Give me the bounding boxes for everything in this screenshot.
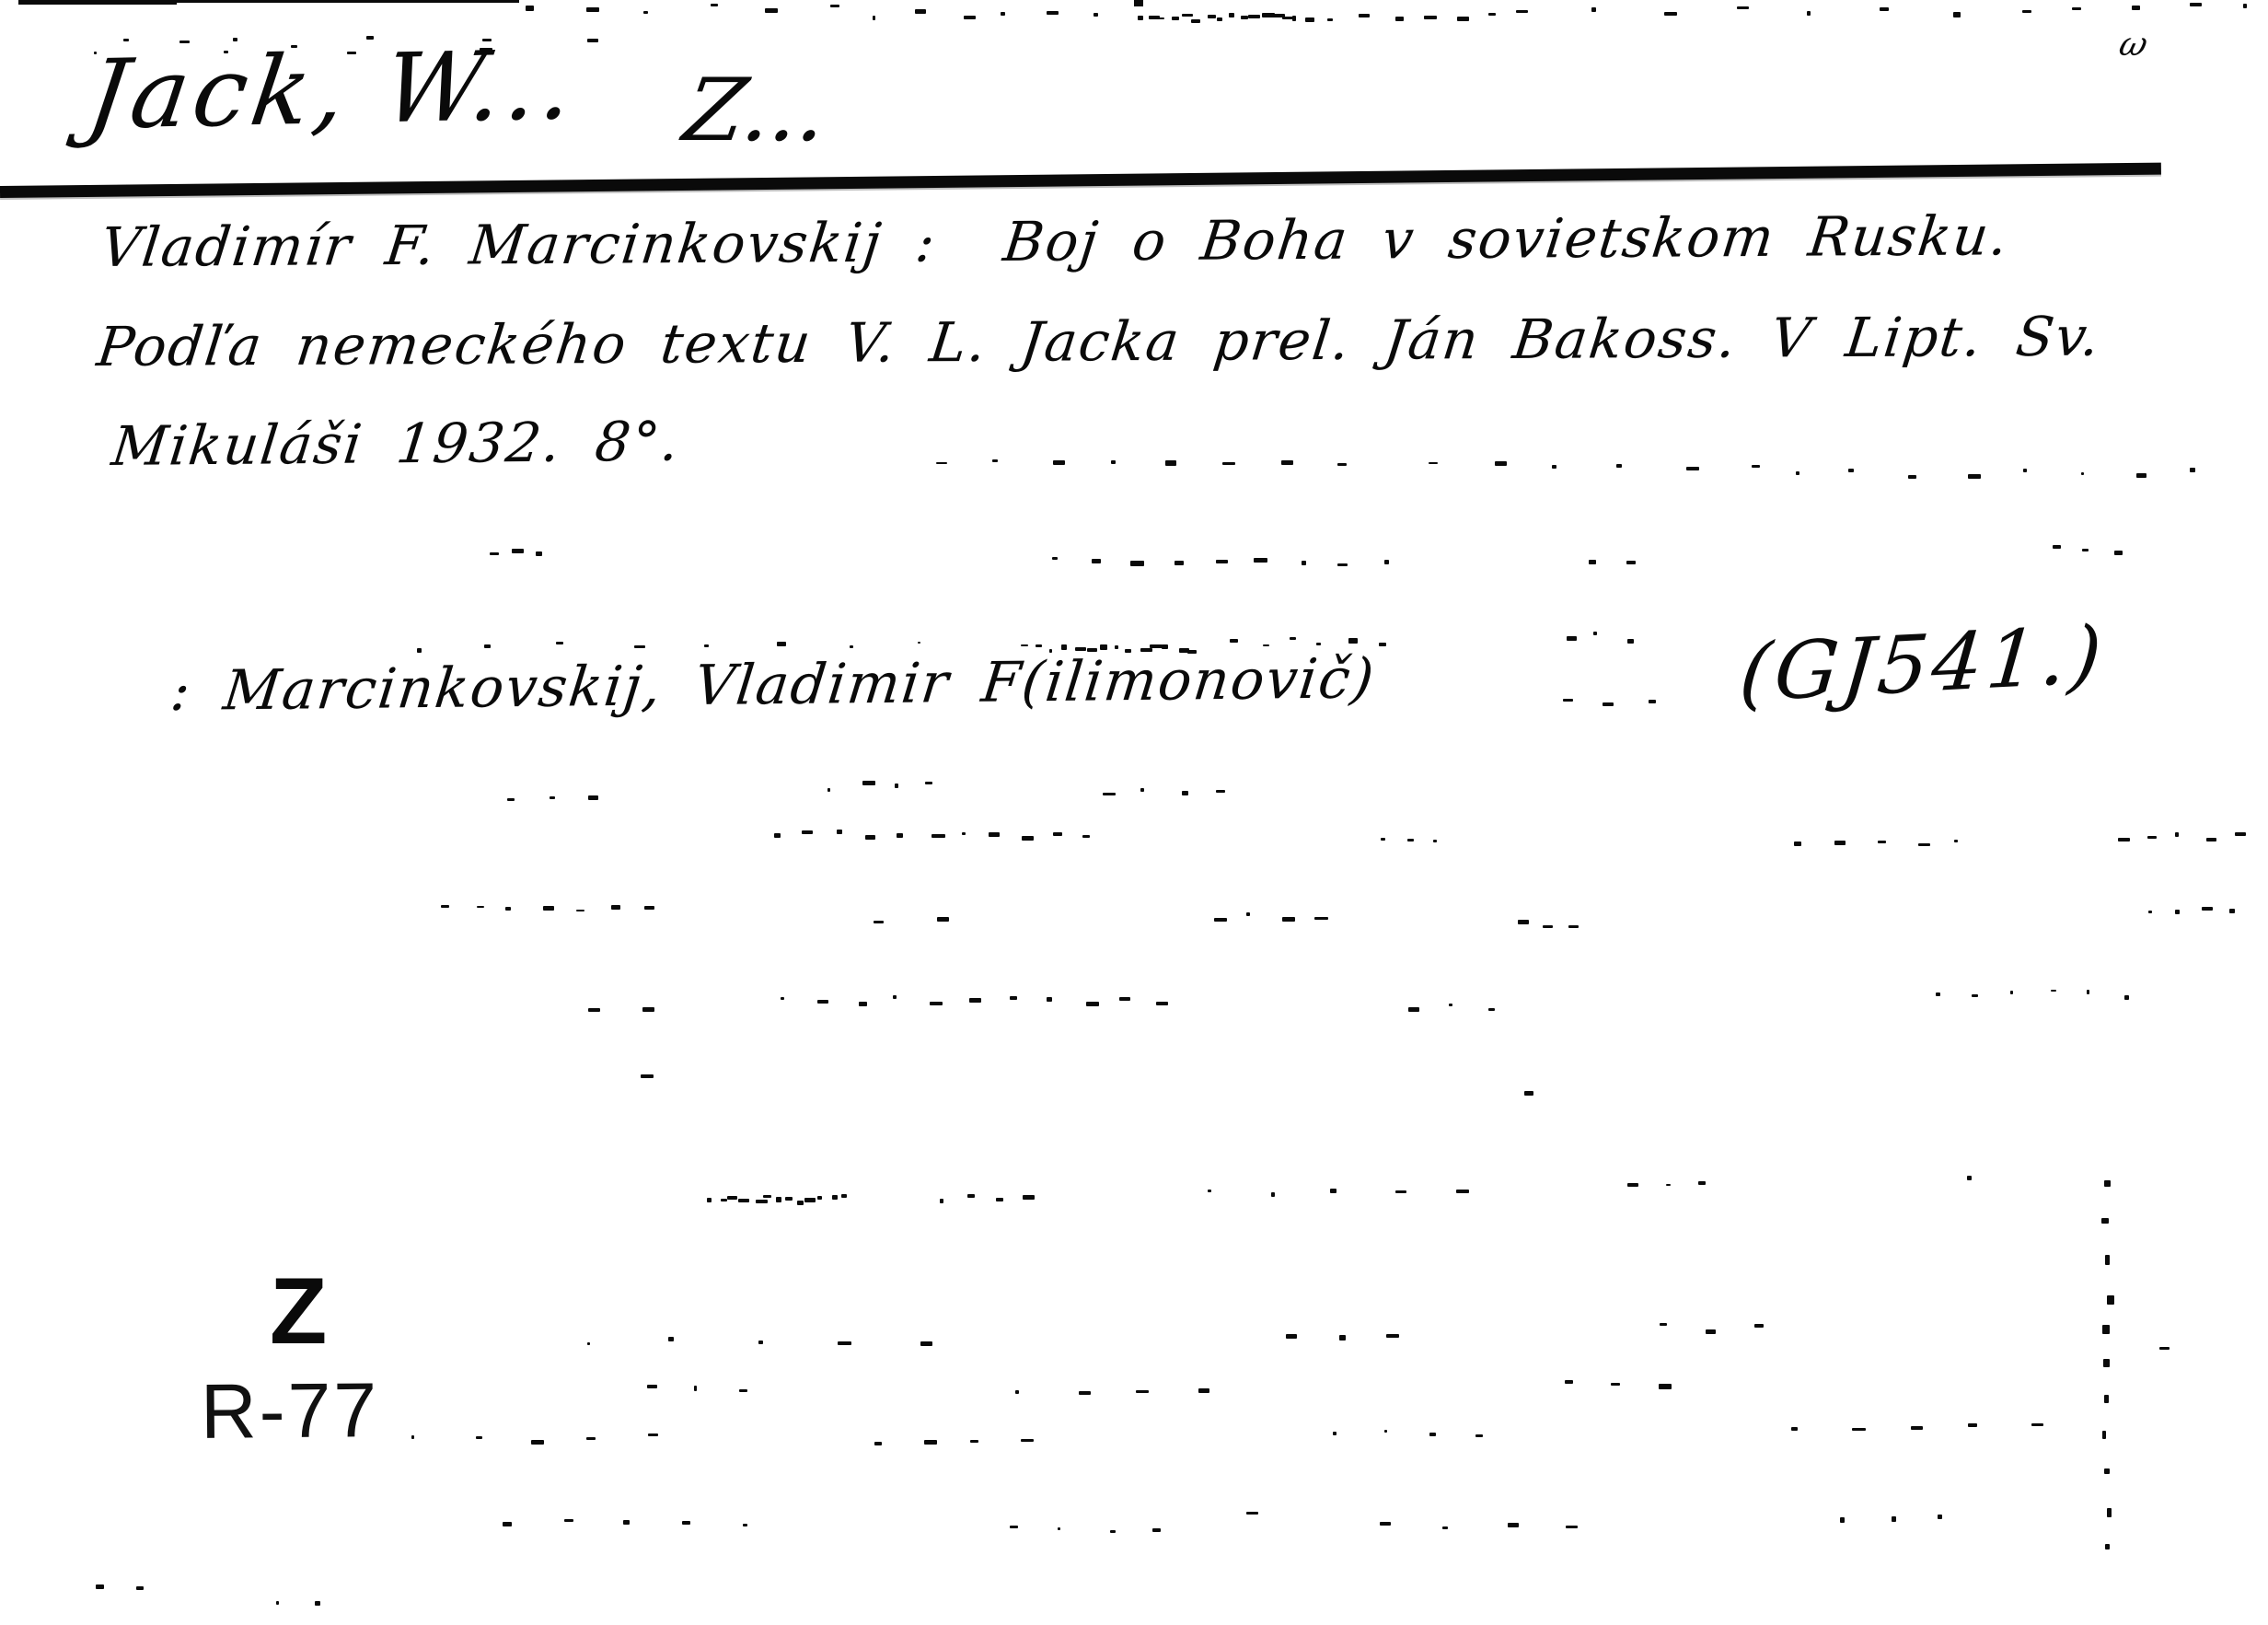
scan-edge-artifact: [1134, 0, 1143, 6]
call-number: R-77: [201, 1365, 380, 1457]
entry-line-2: Podľa nemeckého textu V. L. Jacka prel. …: [94, 305, 2104, 378]
entry-line-1: Vladimír F. Marcinkovskij : Boj o Boha v…: [98, 203, 2013, 279]
header-rule: [0, 163, 2161, 198]
corner-scribble-mark: ω: [2115, 26, 2152, 64]
entry-line-3: Mikuláši 1932. 8°.: [109, 410, 684, 478]
classification-letter: Z: [270, 1258, 327, 1365]
scan-edge-artifact: [177, 0, 519, 3]
catalog-card: Jack, W... Z... Vladimír F. Marcinkovski…: [0, 0, 2268, 1625]
reference-number: (GJ541.): [1736, 609, 2109, 720]
heading-author-name: Jack, W...: [81, 29, 584, 151]
scan-edge-artifact: [18, 0, 177, 5]
cross-reference-line: : Marcinkovskij, Vladimir F(ilimonovič): [168, 646, 1379, 724]
heading-section-letter: Z...: [677, 61, 835, 161]
